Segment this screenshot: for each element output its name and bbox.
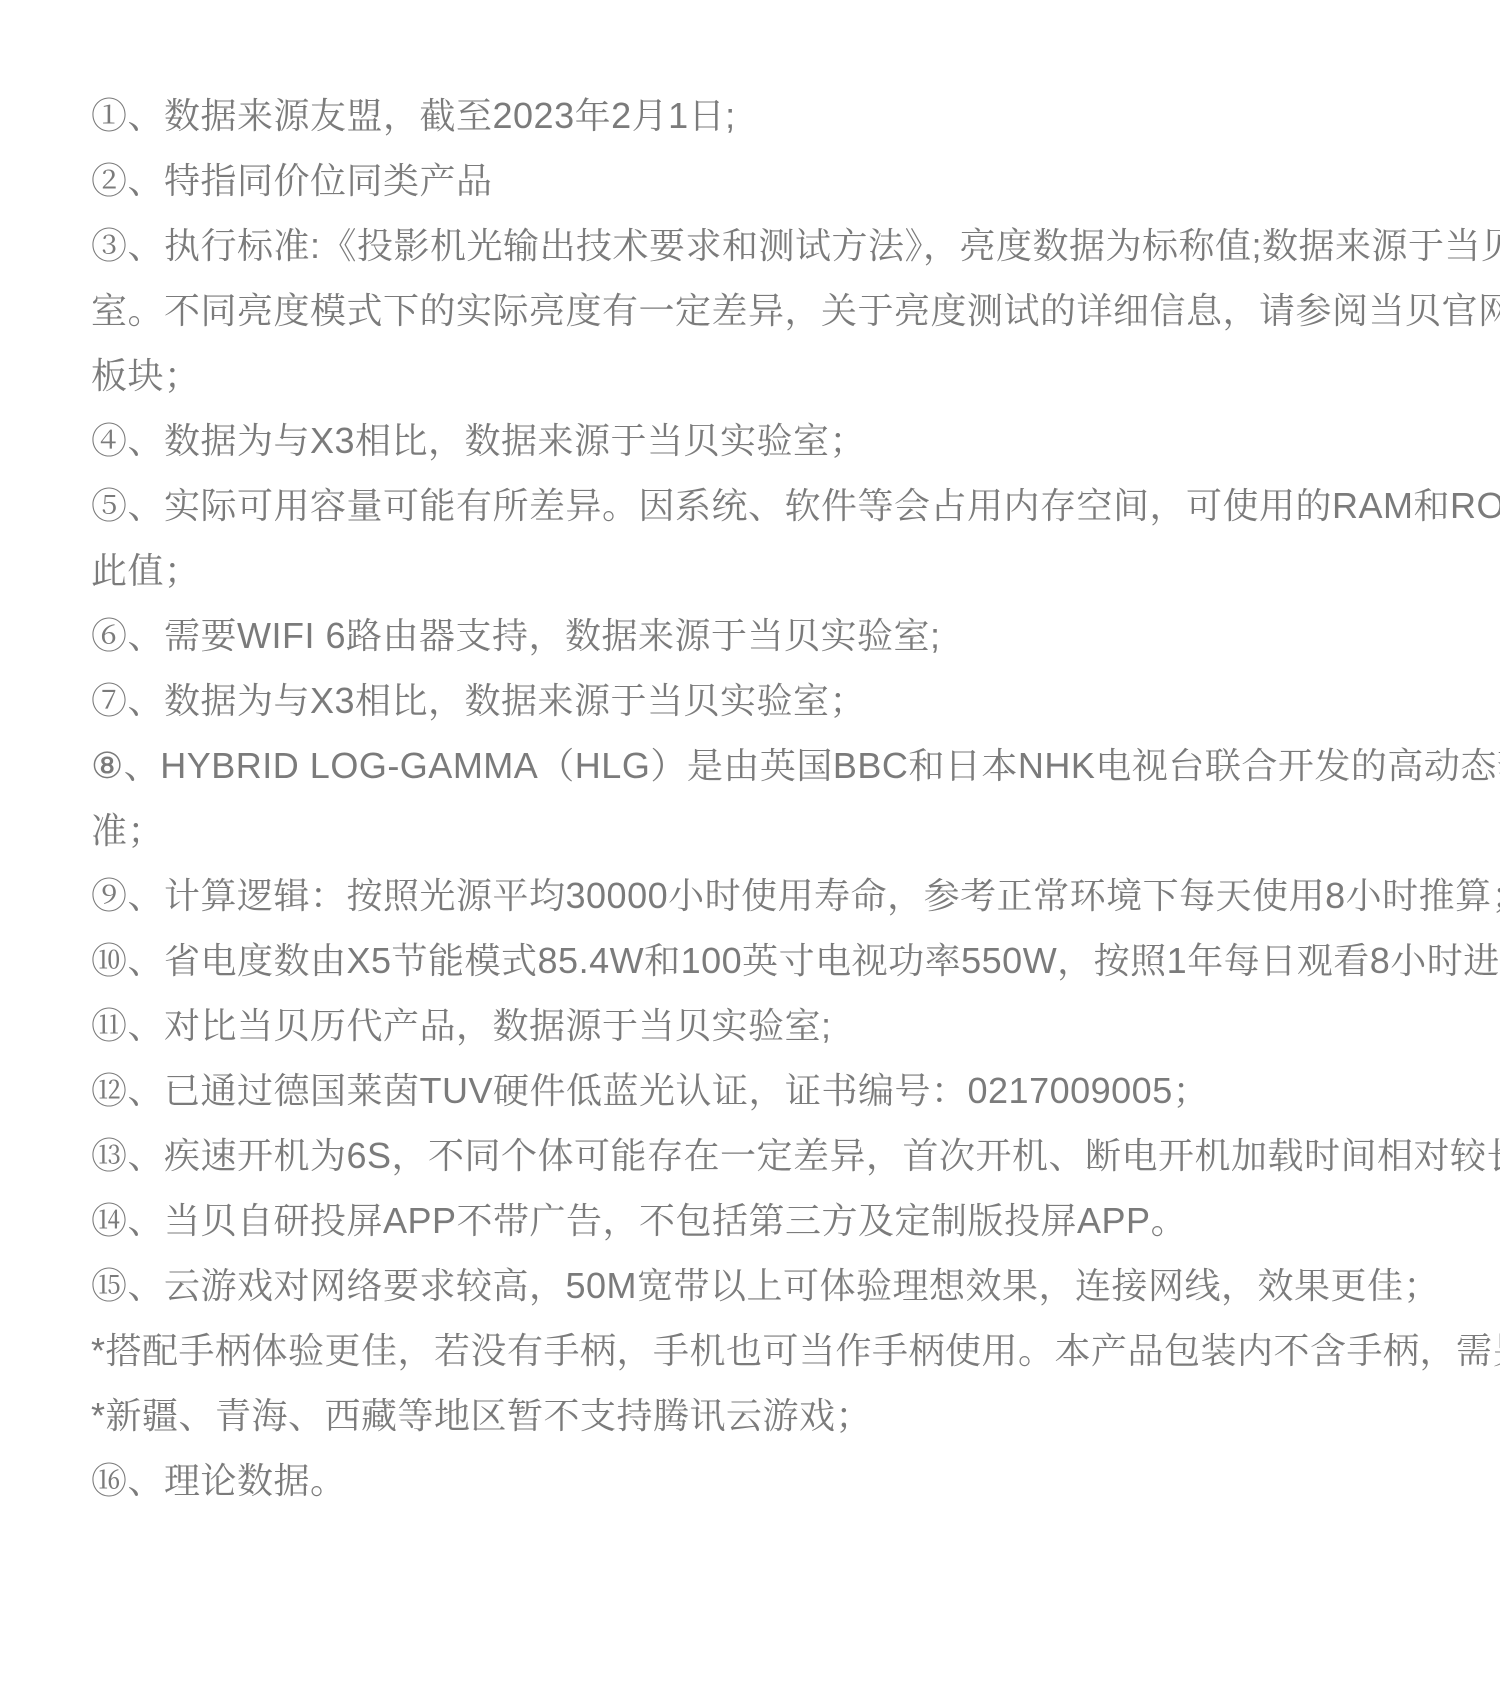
note-line: ①、数据来源友盟，截至2023年2月1日; <box>91 83 1430 148</box>
note-line: ⑩、省电度数由X5节能模式85.4W和100英寸电视功率550W，按照1年每日观… <box>91 928 1430 993</box>
note-line: ⑬、疾速开机为6S，不同个体可能存在一定差异，首次开机、断电开机加载时间相对较长… <box>91 1123 1430 1188</box>
note-line: 此值； <box>91 538 1430 603</box>
note-line: 准； <box>91 798 1430 863</box>
product-footnotes-section: ①、数据来源友盟，截至2023年2月1日; ②、特指同价位同类产品 ③、执行标准… <box>0 0 1500 1513</box>
note-line: 板块； <box>91 343 1430 408</box>
note-line: ⑯、理论数据。 <box>91 1448 1430 1513</box>
note-line: ③、执行标准:《投影机光输出技术要求和测试方法》，亮度数据为标称值;数据来源于当… <box>91 213 1430 278</box>
note-line: ⑫、已通过德国莱茵TUV硬件低蓝光认证，证书编号：0217009005； <box>91 1058 1430 1123</box>
note-line: ⑥、需要WIFI 6路由器支持，数据来源于当贝实验室; <box>91 603 1430 668</box>
note-line: *新疆、青海、西藏等地区暂不支持腾讯云游戏； <box>91 1383 1430 1448</box>
note-line: 室。不同亮度模式下的实际亮度有一定差异，关于亮度测试的详细信息，请参阅当贝官网“… <box>91 278 1430 343</box>
note-line: ⑭、当贝自研投屏APP不带广告，不包括第三方及定制版投屏APP。 <box>91 1188 1430 1253</box>
note-line: ⑪、对比当贝历代产品，数据源于当贝实验室; <box>91 993 1430 1058</box>
note-line: ⑮、云游戏对网络要求较高，50M宽带以上可体验理想效果，连接网线，效果更佳； <box>91 1253 1430 1318</box>
note-line: ②、特指同价位同类产品 <box>91 148 1430 213</box>
note-line: ⑧、HYBRID LOG-GAMMA（HLG）是由英国BBC和日本NHK电视台联… <box>91 733 1430 798</box>
note-line: ⑦、数据为与X3相比，数据来源于当贝实验室； <box>91 668 1430 733</box>
note-line: ⑨、计算逻辑：按照光源平均30000小时使用寿命，参考正常环境下每天使用8小时推… <box>91 863 1430 928</box>
note-line: ⑤、实际可用容量可能有所差异。因系统、软件等会占用内存空间，可使用的RAM和RO… <box>91 473 1430 538</box>
note-line: ④、数据为与X3相比，数据来源于当贝实验室； <box>91 408 1430 473</box>
note-line: *搭配手柄体验更佳，若没有手柄，手机也可当作手柄使用。本产品包装内不含手柄，需另… <box>91 1318 1430 1383</box>
